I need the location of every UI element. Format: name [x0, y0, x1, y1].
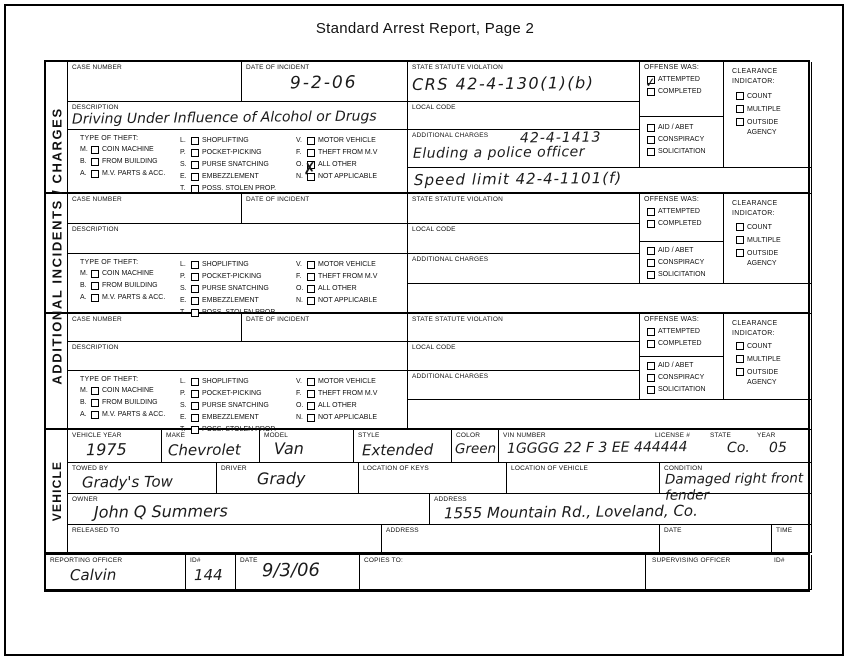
- additional-charges-label: ADDITIONAL CHARGES: [408, 254, 639, 264]
- clearance-indicator-label: CLEARANCE INDICATOR:: [724, 194, 794, 218]
- officer-id-label: ID#: [186, 555, 235, 565]
- clearance-option-outside-agency: OUTSIDE AGENCY: [736, 368, 811, 387]
- checkbox-solicitation[interactable]: [647, 148, 655, 156]
- checkbox-theft-from-mv[interactable]: [307, 273, 315, 281]
- vehicle-year-cell: VEHICLE YEAR 1975: [68, 430, 162, 463]
- checkbox-coin-machine[interactable]: [91, 146, 99, 154]
- checkbox-pocket-picking[interactable]: [191, 273, 199, 281]
- more-charges-strip: [408, 400, 812, 430]
- license-state-value: Co.: [727, 440, 750, 456]
- offense-was-cell: OFFENSE WAS: ATTEMPTED ✓COMPLETED: [640, 62, 724, 117]
- theft-column-2: L.SHOPLIFTING P.POCKET-PICKING S.PURSE S…: [180, 257, 276, 317]
- local-code-cell: LOCAL CODE: [408, 342, 640, 371]
- clearance-indicator-cell: CLEARANCE INDICATOR: COUNT MULTIPLE OUTS…: [724, 314, 812, 400]
- released-time-label: TIME: [772, 525, 811, 535]
- date-of-incident-cell: DATE OF INCIDENT 9-2-06: [242, 62, 408, 102]
- theft-option-from-building: B.FROM BUILDING: [80, 282, 165, 291]
- offense-option-attempted: ATTEMPTED: [647, 76, 723, 85]
- date-of-incident-label: DATE OF INCIDENT: [242, 314, 407, 324]
- theft-option-shoplifting: L.SHOPLIFTING: [180, 261, 276, 270]
- theft-option-shoplifting: L.SHOPLIFTING: [180, 378, 276, 387]
- checkbox-aid-abet[interactable]: [647, 124, 655, 132]
- towed-by-value: Grady's Tow: [82, 473, 173, 492]
- owner-value: John Q Summers: [94, 501, 228, 521]
- location-of-vehicle-cell: LOCATION OF VEHICLE: [507, 463, 660, 494]
- offense-option-solicitation: SOLICITATION: [647, 271, 723, 280]
- location-of-keys-cell: LOCATION OF KEYS: [359, 463, 507, 494]
- checkbox-completed[interactable]: [647, 220, 655, 228]
- checkbox-purse-snatching[interactable]: [191, 285, 199, 293]
- checkbox-mv-parts[interactable]: [91, 411, 99, 419]
- license-year-label: YEAR: [757, 432, 776, 440]
- checkbox-from-building[interactable]: [91, 282, 99, 290]
- checkbox-completed[interactable]: ✓: [647, 88, 655, 96]
- checkbox-all-other[interactable]: [307, 402, 315, 410]
- checkbox-all-other[interactable]: [307, 285, 315, 293]
- vehicle-style-value: Extended: [362, 441, 433, 460]
- clearance-option-outside-agency: OUTSIDE AGENCY: [736, 118, 811, 137]
- clearance-option-multiple: MULTIPLE: [736, 105, 811, 115]
- checkbox-embezzlement[interactable]: [191, 297, 199, 305]
- page-title: Standard Arrest Report, Page 2: [0, 20, 850, 37]
- theft-column-1: TYPE OF THEFT: M.COIN MACHINE B.FROM BUI…: [80, 259, 165, 302]
- checkbox-motor-vehicle[interactable]: [307, 378, 315, 386]
- theft-option-embezzlement: E.EMBEZZLEMENT: [180, 414, 276, 423]
- theft-option-purse-snatching: S.PURSE SNATCHING: [180, 161, 276, 170]
- case-number-cell: CASE NUMBER: [68, 314, 242, 342]
- vehicle-make-cell: MAKE Chevrolet: [162, 430, 260, 463]
- checkbox-embezzlement[interactable]: [191, 173, 199, 181]
- condition-cell: CONDITION Damaged right front fender: [660, 463, 812, 494]
- supervising-officer-cell: SUPERVISING OFFICER ID#: [646, 555, 812, 590]
- offense-type-cell: AID / ABET CONSPIRACY SOLICITATION: [640, 357, 724, 400]
- checkbox-theft-from-mv[interactable]: [307, 149, 315, 157]
- clearance-indicator-cell: CLEARANCE INDICATOR: COUNT MULTIPLE OUTS…: [724, 62, 812, 168]
- local-code-label: LOCAL CODE: [408, 102, 639, 112]
- vehicle-color-value: Green: [455, 441, 496, 457]
- offense-option-completed: COMPLETED: [647, 220, 723, 229]
- checkbox-mv-parts[interactable]: [91, 294, 99, 302]
- theft-option-mv-parts: A.M.V. PARTS & ACC.: [80, 294, 165, 303]
- theft-option-motor-vehicle: V.MOTOR VEHICLE: [296, 261, 377, 270]
- vehicle-year-value: 1975: [86, 440, 127, 459]
- theft-option-all-other: O.ALL OTHER: [296, 402, 377, 411]
- reporting-officer-label: REPORTING OFFICER: [46, 555, 185, 565]
- state-statute-label: STATE STATUTE VIOLATION: [408, 194, 639, 204]
- released-time-cell: TIME: [772, 525, 812, 553]
- location-of-keys-label: LOCATION OF KEYS: [359, 463, 506, 473]
- driver-cell: DRIVER Grady: [217, 463, 359, 494]
- description-cell: DESCRIPTION Driving Under Influence of A…: [68, 102, 408, 130]
- supervising-id-label: ID#: [774, 557, 785, 565]
- state-statute-cell: STATE STATUTE VIOLATION CRS 42-4-130(1)(…: [408, 62, 640, 102]
- vehicle-color-label: COLOR: [452, 430, 498, 440]
- report-form: ADDITIONAL INCIDENTS / CHARGES VEHICLE C…: [44, 60, 810, 592]
- driver-value: Grady: [257, 469, 306, 489]
- state-statute-cell: STATE STATUTE VIOLATION: [408, 194, 640, 224]
- offense-option-solicitation: SOLICITATION: [647, 386, 723, 395]
- checkbox-attempted[interactable]: [647, 208, 655, 216]
- theft-option-shoplifting: L.SHOPLIFTING: [180, 137, 276, 146]
- clearance-option-count: COUNT: [736, 92, 811, 102]
- checkbox-count[interactable]: [736, 223, 744, 231]
- vehicle-vin-cell: VIN NUMBER LICENSE # STATE YEAR 1GGGG 22…: [499, 430, 812, 463]
- offense-option-completed: COMPLETED: [647, 340, 723, 349]
- report-date-value: 9/3/06: [262, 560, 320, 582]
- local-code-label: LOCAL CODE: [408, 224, 639, 234]
- theft-column-2: L.SHOPLIFTING P.POCKET-PICKING S.PURSE S…: [180, 374, 276, 434]
- theft-option-coin-machine: M.COIN MACHINE: [80, 146, 165, 155]
- offense-option-aid-abet: AID / ABET: [647, 362, 723, 371]
- offense-type-cell: AID / ABET CONSPIRACY SOLICITATION: [640, 242, 724, 284]
- vehicle-year-label: VEHICLE YEAR: [68, 430, 161, 440]
- checkbox-coin-machine[interactable]: [91, 387, 99, 395]
- checkbox-aid-abet[interactable]: [647, 247, 655, 255]
- checkbox-outside-agency[interactable]: [736, 249, 744, 257]
- released-date-label: DATE: [660, 525, 771, 535]
- more-charges-strip: [408, 284, 812, 314]
- checkbox-outside-agency[interactable]: [736, 118, 744, 126]
- vehicle-make-label: MAKE: [162, 430, 259, 440]
- checkbox-shoplifting[interactable]: [191, 378, 199, 386]
- copies-to-cell: COPIES TO:: [360, 555, 646, 590]
- theft-option-embezzlement: E.EMBEZZLEMENT: [180, 297, 276, 306]
- date-of-incident-label: DATE OF INCIDENT: [242, 194, 407, 204]
- theft-option-all-other: O.ALL OTHER: [296, 285, 377, 294]
- vehicle-model-cell: MODEL Van: [260, 430, 354, 463]
- checkbox-outside-agency[interactable]: [736, 368, 744, 376]
- theft-option-theft-from-mv: F.THEFT FROM M.V: [296, 390, 377, 399]
- type-of-theft-label: TYPE OF THEFT:: [80, 135, 165, 142]
- owner-address-cell: ADDRESS 1555 Mountain Rd., Loveland, Co.: [430, 494, 812, 525]
- offense-option-completed: ✓COMPLETED: [647, 88, 723, 97]
- case-number-label: CASE NUMBER: [68, 194, 241, 204]
- case-number-cell: CASE NUMBER: [68, 194, 242, 224]
- owner-address-value: 1555 Mountain Rd., Loveland, Co.: [444, 502, 698, 523]
- type-of-theft-cell: TYPE OF THEFT: M.COIN MACHINE B.FROM BUI…: [68, 371, 408, 430]
- clearance-indicator-label: CLEARANCE INDICATOR:: [724, 62, 794, 86]
- checkbox-shoplifting[interactable]: [191, 137, 199, 145]
- offense-option-conspiracy: CONSPIRACY: [647, 259, 723, 268]
- case-number-label: CASE NUMBER: [68, 62, 241, 72]
- checkbox-not-applicable[interactable]: [307, 414, 315, 422]
- clearance-indicator-cell: CLEARANCE INDICATOR: COUNT MULTIPLE OUTS…: [724, 194, 812, 284]
- checkbox-purse-snatching[interactable]: [191, 161, 199, 169]
- vin-number-value: 1GGGG 22 F 3 EE 444444: [507, 439, 688, 457]
- checkbox-coin-machine[interactable]: [91, 270, 99, 278]
- checkbox-completed[interactable]: [647, 340, 655, 348]
- more-charges-strip: Speed limit 42-4-1101(f): [408, 168, 812, 194]
- theft-option-mv-parts: A.M.V. PARTS & ACC.: [80, 411, 165, 420]
- theft-option-pocket-picking: P.POCKET-PICKING: [180, 149, 276, 158]
- checkbox-solicitation[interactable]: [647, 386, 655, 394]
- reporting-officer-value: Calvin: [70, 566, 117, 584]
- additional-charges-label: ADDITIONAL CHARGES: [408, 371, 639, 381]
- description-cell: DESCRIPTION: [68, 342, 408, 371]
- date-of-incident-cell: DATE OF INCIDENT: [242, 194, 408, 224]
- checkbox-poss-stolen[interactable]: [191, 185, 199, 193]
- owner-cell: OWNER John Q Summers: [68, 494, 430, 525]
- offense-was-label: OFFENSE WAS:: [640, 314, 723, 324]
- type-of-theft-cell: TYPE OF THEFT: M.COIN MACHINE B.FROM BUI…: [68, 254, 408, 314]
- checkbox-conspiracy[interactable]: [647, 136, 655, 144]
- copies-to-label: COPIES TO:: [360, 555, 645, 565]
- towed-by-cell: TOWED BY Grady's Tow: [68, 463, 217, 494]
- x-mark: ✗: [303, 164, 317, 174]
- license-state-label: STATE: [710, 432, 731, 440]
- released-to-cell: RELEASED TO: [68, 525, 382, 553]
- description-label: DESCRIPTION: [68, 224, 407, 234]
- checkbox-motor-vehicle[interactable]: [307, 261, 315, 269]
- theft-option-motor-vehicle: V.MOTOR VEHICLE: [296, 137, 377, 146]
- state-statute-value: CRS 42-4-130(1)(b): [412, 73, 595, 94]
- theft-option-purse-snatching: S.PURSE SNATCHING: [180, 285, 276, 294]
- vehicle-make-value: Chevrolet: [168, 441, 241, 460]
- checkbox-multiple[interactable]: [736, 105, 744, 113]
- checkbox-theft-from-mv[interactable]: [307, 390, 315, 398]
- theft-option-not-applicable: N.NOT APPLICABLE: [296, 297, 377, 306]
- additional-charges-cell: ADDITIONAL CHARGES: [408, 254, 640, 284]
- description-label: DESCRIPTION: [68, 342, 407, 352]
- checkbox-not-applicable[interactable]: [307, 297, 315, 305]
- sidebar-vehicle-label: VEHICLE: [50, 461, 64, 521]
- clearance-indicator-label: CLEARANCE INDICATOR:: [724, 314, 794, 338]
- case-number-label: CASE NUMBER: [68, 314, 241, 324]
- checkbox-embezzlement[interactable]: [191, 414, 199, 422]
- date-of-incident-label: DATE OF INCIDENT: [242, 62, 407, 72]
- checkbox-shoplifting[interactable]: [191, 261, 199, 269]
- checkbox-attempted[interactable]: [647, 328, 655, 336]
- theft-option-embezzlement: E.EMBEZZLEMENT: [180, 173, 276, 182]
- date-of-incident-value: 9-2-06: [290, 73, 358, 94]
- clearance-option-count: COUNT: [736, 223, 811, 233]
- theft-option-poss-stolen: T.POSS. STOLEN PROP.: [180, 185, 276, 194]
- description-value: Driving Under Influence of Alcohol or Dr…: [72, 108, 377, 127]
- theft-option-purse-snatching: S.PURSE SNATCHING: [180, 402, 276, 411]
- offense-option-attempted: ATTEMPTED: [647, 208, 723, 217]
- checkbox-solicitation[interactable]: [647, 271, 655, 279]
- vehicle-color-cell: COLOR Green: [452, 430, 499, 463]
- description-cell: DESCRIPTION: [68, 224, 408, 254]
- checkbox-pocket-picking[interactable]: [191, 390, 199, 398]
- checkbox-purse-snatching[interactable]: [191, 402, 199, 410]
- offense-option-conspiracy: CONSPIRACY: [647, 374, 723, 383]
- vehicle-style-label: STYLE: [354, 430, 451, 440]
- reporting-officer-cell: REPORTING OFFICER Calvin: [46, 555, 186, 590]
- theft-option-theft-from-mv: F.THEFT FROM M.V: [296, 149, 377, 158]
- offense-option-aid-abet: AID / ABET: [647, 247, 723, 256]
- offense-was-label: OFFENSE WAS:: [640, 62, 723, 72]
- theft-column-2: L.SHOPLIFTING P.POCKET-PICKING S.PURSE S…: [180, 133, 276, 193]
- supervising-officer-label: SUPERVISING OFFICER: [652, 557, 730, 565]
- checkbox-aid-abet[interactable]: [647, 362, 655, 370]
- sidebar-incidents-label: ADDITIONAL INCIDENTS / CHARGES: [49, 107, 64, 384]
- vin-number-label: VIN NUMBER: [503, 432, 546, 440]
- theft-column-3: V.MOTOR VEHICLE F.THEFT FROM M.V O.ALL O…: [296, 374, 377, 422]
- type-of-theft-cell: TYPE OF THEFT: M.COIN MACHINE B.FROM BUI…: [68, 130, 408, 194]
- vehicle-style-cell: STYLE Extended: [354, 430, 452, 463]
- checkbox-count[interactable]: [736, 92, 744, 100]
- sidebar-vehicle: VEHICLE: [46, 430, 68, 553]
- theft-column-1: TYPE OF THEFT: M.COIN MACHINE B.FROM BUI…: [80, 135, 165, 178]
- towed-by-label: TOWED BY: [68, 463, 216, 473]
- theft-option-not-applicable: N.NOT APPLICABLE: [296, 414, 377, 423]
- state-statute-cell: STATE STATUTE VIOLATION: [408, 314, 640, 342]
- checkbox-conspiracy[interactable]: [647, 259, 655, 267]
- theft-option-from-building: B.FROM BUILDING: [80, 158, 165, 167]
- additional-charges-cell: ADDITIONAL CHARGES 42-4-1413 Eluding a p…: [408, 130, 640, 168]
- offense-option-conspiracy: CONSPIRACY: [647, 136, 723, 145]
- additional-charges-value: Eluding a police officer: [413, 144, 585, 162]
- type-of-theft-label: TYPE OF THEFT:: [80, 259, 165, 266]
- checkbox-motor-vehicle[interactable]: [307, 137, 315, 145]
- theft-column-3: V.MOTOR VEHICLE F.THEFT FROM M.V O.ALL O…: [296, 133, 377, 181]
- theft-option-coin-machine: M.COIN MACHINE: [80, 270, 165, 279]
- officer-id-value: 144: [194, 566, 223, 584]
- vehicle-model-value: Van: [274, 439, 304, 458]
- checkbox-from-building[interactable]: [91, 158, 99, 166]
- checkbox-from-building[interactable]: [91, 399, 99, 407]
- location-of-vehicle-label: LOCATION OF VEHICLE: [507, 463, 659, 473]
- checkbox-conspiracy[interactable]: [647, 374, 655, 382]
- theft-column-3: V.MOTOR VEHICLE F.THEFT FROM M.V O.ALL O…: [296, 257, 377, 305]
- check-mark: ✓: [645, 79, 657, 89]
- clearance-option-multiple: MULTIPLE: [736, 236, 811, 246]
- theft-option-not-applicable: N.✗NOT APPLICABLE: [296, 173, 377, 182]
- theft-column-1: TYPE OF THEFT: M.COIN MACHINE B.FROM BUI…: [80, 376, 165, 419]
- released-to-label: RELEASED TO: [68, 525, 381, 535]
- theft-option-mv-parts: A.M.V. PARTS & ACC.: [80, 170, 165, 179]
- state-statute-label: STATE STATUTE VIOLATION: [408, 314, 639, 324]
- date-of-incident-cell: DATE OF INCIDENT: [242, 314, 408, 342]
- officer-id-cell: ID# 144: [186, 555, 236, 590]
- checkbox-mv-parts[interactable]: [91, 170, 99, 178]
- released-address-label: ADDRESS: [382, 525, 659, 535]
- local-code-cell: LOCAL CODE: [408, 102, 640, 130]
- license-year-value: 05: [769, 440, 787, 456]
- offense-option-aid-abet: AID / ABET: [647, 124, 723, 133]
- clearance-option-count: COUNT: [736, 342, 811, 352]
- more-charges-value: Speed limit 42-4-1101(f): [414, 169, 622, 189]
- released-date-cell: DATE: [660, 525, 772, 553]
- offense-option-solicitation: SOLICITATION: [647, 148, 723, 157]
- theft-option-motor-vehicle: V.MOTOR VEHICLE: [296, 378, 377, 387]
- offense-was-cell: OFFENSE WAS: ATTEMPTED COMPLETED: [640, 314, 724, 357]
- checkbox-not-applicable[interactable]: ✗: [307, 173, 315, 181]
- checkbox-multiple[interactable]: [736, 236, 744, 244]
- clearance-option-multiple: MULTIPLE: [736, 355, 811, 365]
- arrest-report-page: Standard Arrest Report, Page 2 ADDITIONA…: [0, 0, 850, 662]
- theft-option-from-building: B.FROM BUILDING: [80, 399, 165, 408]
- type-of-theft-label: TYPE OF THEFT:: [80, 376, 165, 383]
- theft-option-pocket-picking: P.POCKET-PICKING: [180, 390, 276, 399]
- theft-option-pocket-picking: P.POCKET-PICKING: [180, 273, 276, 282]
- case-number-cell: CASE NUMBER: [68, 62, 242, 102]
- offense-option-attempted: ATTEMPTED: [647, 328, 723, 337]
- sidebar-incidents: ADDITIONAL INCIDENTS / CHARGES: [46, 62, 68, 430]
- theft-option-theft-from-mv: F.THEFT FROM M.V: [296, 273, 377, 282]
- additional-charges-cell: ADDITIONAL CHARGES: [408, 371, 640, 400]
- offense-type-cell: AID / ABET CONSPIRACY SOLICITATION: [640, 117, 724, 168]
- released-address-cell: ADDRESS: [382, 525, 660, 553]
- report-date-cell: DATE 9/3/06: [236, 555, 360, 590]
- checkbox-count[interactable]: [736, 342, 744, 350]
- offense-was-cell: OFFENSE WAS: ATTEMPTED COMPLETED: [640, 194, 724, 242]
- checkbox-pocket-picking[interactable]: [191, 149, 199, 157]
- state-statute-label: STATE STATUTE VIOLATION: [408, 62, 639, 72]
- checkbox-multiple[interactable]: [736, 355, 744, 363]
- theft-option-coin-machine: M.COIN MACHINE: [80, 387, 165, 396]
- offense-was-label: OFFENSE WAS:: [640, 194, 723, 204]
- local-code-label: LOCAL CODE: [408, 342, 639, 352]
- clearance-option-outside-agency: OUTSIDE AGENCY: [736, 249, 811, 268]
- local-code-cell: LOCAL CODE: [408, 224, 640, 254]
